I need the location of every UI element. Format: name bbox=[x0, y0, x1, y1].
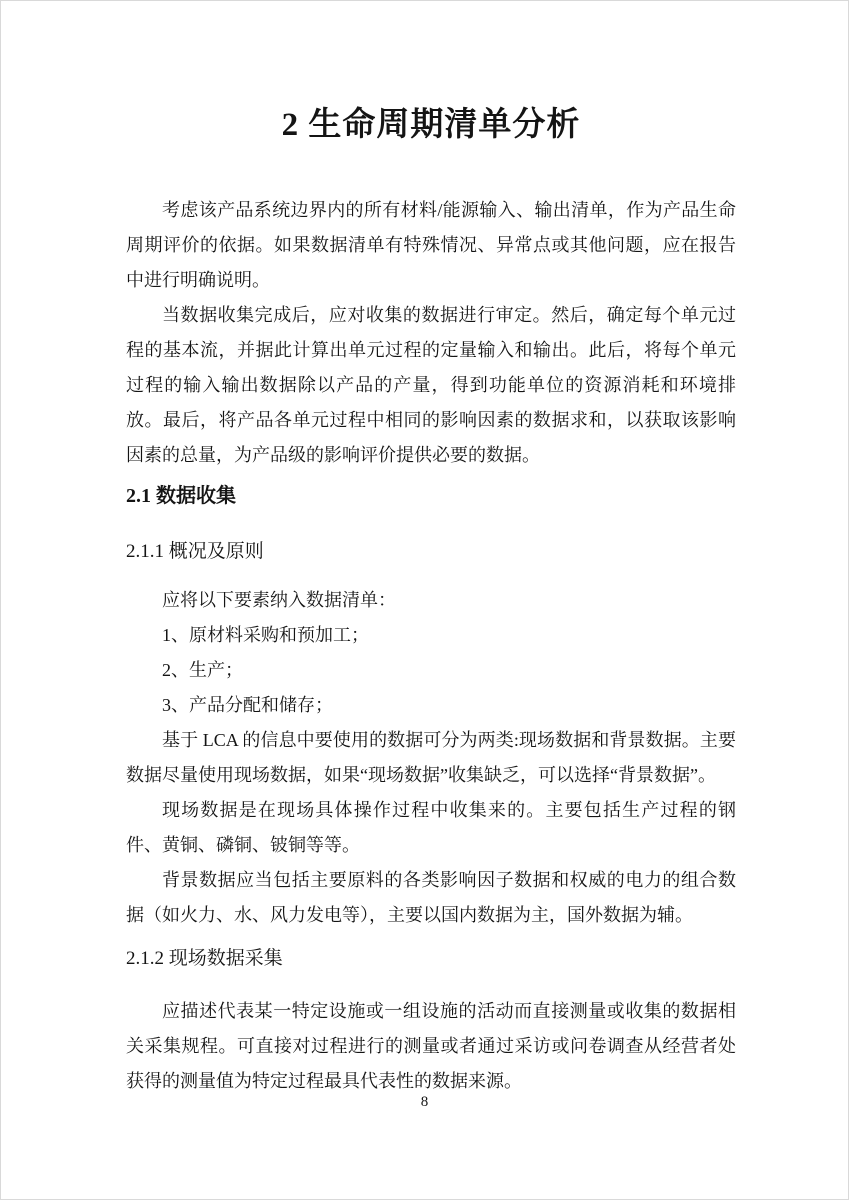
list-item: 2、生产； bbox=[126, 653, 736, 688]
document-content: 2 生命周期清单分析 考虑该产品系统边界内的所有材料/能源输入、输出清单，作为产… bbox=[1, 1, 848, 1099]
numbered-list: 1、原材料采购和预加工； 2、生产； 3、产品分配和储存； bbox=[126, 618, 736, 723]
list-item: 3、产品分配和储存； bbox=[126, 688, 736, 723]
page-number: 8 bbox=[1, 1092, 848, 1112]
intro-paragraph-1: 考虑该产品系统边界内的所有材料/能源输入、输出清单，作为产品生命周期评价的依据。… bbox=[126, 193, 736, 298]
subsection-heading-2-1-1: 2.1.1 概况及原则 bbox=[126, 534, 736, 569]
document-page: 2 生命周期清单分析 考虑该产品系统边界内的所有材料/能源输入、输出清单，作为产… bbox=[0, 0, 849, 1200]
section-heading-2-1: 2.1 数据收集 bbox=[126, 479, 736, 514]
page-title: 2 生命周期清单分析 bbox=[126, 105, 736, 145]
paragraph-collection-procedure: 应描述代表某一特定设施或一组设施的活动而直接测量或收集的数据相关采集规程。可直接… bbox=[126, 994, 736, 1099]
list-lead-paragraph: 应将以下要素纳入数据清单： bbox=[126, 583, 736, 618]
intro-paragraph-2: 当数据收集完成后，应对收集的数据进行审定。然后，确定每个单元过程的基本流，并据此… bbox=[126, 298, 736, 473]
paragraph-lca-data-types: 基于 LCA 的信息中要使用的数据可分为两类:现场数据和背景数据。主要数据尽量使… bbox=[126, 723, 736, 793]
list-item: 1、原材料采购和预加工； bbox=[126, 618, 736, 653]
paragraph-site-data: 现场数据是在现场具体操作过程中收集来的。主要包括生产过程的钢件、黄铜、磷铜、铍铜… bbox=[126, 793, 736, 863]
paragraph-background-data: 背景数据应当包括主要原料的各类影响因子数据和权威的电力的组合数据（如火力、水、风… bbox=[126, 863, 736, 933]
subsection-heading-2-1-2: 2.1.2 现场数据采集 bbox=[126, 941, 736, 976]
